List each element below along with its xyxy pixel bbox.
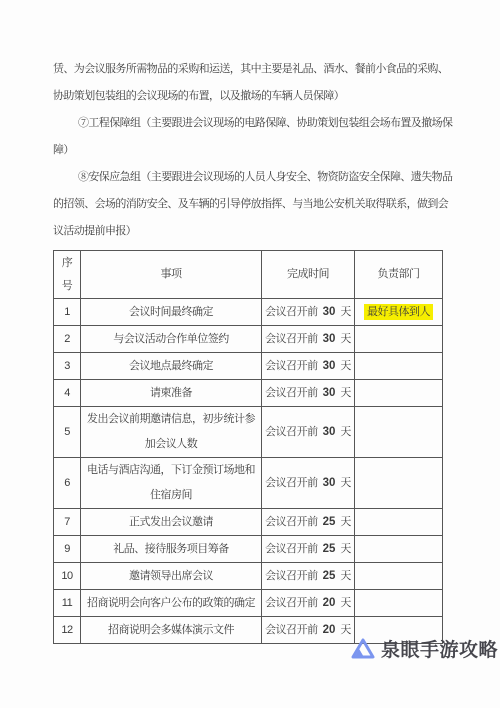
table-row: 1 会议时间最终确定 会议召开前30天 最好具体到人	[54, 299, 443, 326]
cell-item: 发出会议前期邀请信息，初步统计参加会议人数	[81, 407, 262, 458]
table-row: 10 邀请领导出席会议 会议召开前25天	[54, 563, 443, 590]
intro-line: 的招领、会场的消防安全、及车辆的引导停放指挥、与当地公安机关取得联系，做到会	[53, 191, 447, 218]
time-days: 20	[323, 624, 336, 636]
cell-time: 会议召开前20天	[262, 617, 355, 644]
dept-note: 最好具体到人	[364, 304, 433, 320]
cell-time: 会议召开前30天	[262, 407, 355, 458]
cell-dept	[355, 509, 443, 536]
time-days: 30	[323, 477, 336, 489]
header-dept: 负责部门	[355, 251, 443, 299]
time-days: 30	[323, 306, 336, 318]
cell-row-number: 5	[54, 407, 81, 458]
table-row: 7 正式发出会议邀请 会议召开前25天	[54, 509, 443, 536]
time-days: 30	[323, 387, 336, 399]
intro-line: 赁、为会议服务所需物品的采购和运送，其中主要是礼品、酒水、餐前小食品的采购、	[53, 56, 447, 83]
time-days: 30	[323, 360, 336, 372]
time-prefix: 会议召开前	[265, 306, 318, 318]
document-page: 赁、为会议服务所需物品的采购和运送，其中主要是礼品、酒水、餐前小食品的采购、 协…	[53, 56, 447, 644]
cell-dept: 最好具体到人	[355, 299, 443, 326]
cell-dept	[355, 326, 443, 353]
cell-row-number: 9	[54, 536, 81, 563]
intro-line: 议活动提前申报）	[53, 218, 447, 245]
time-unit: 天	[340, 477, 351, 489]
cell-dept	[355, 458, 443, 509]
meeting-schedule-table: 序号 事项 完成时间 负责部门 1 会议时间最终确定 会议召开前30天 最好具体…	[53, 250, 443, 644]
table-row: 4 请柬准备 会议召开前30天	[54, 380, 443, 407]
cell-time: 会议召开前30天	[262, 299, 355, 326]
cell-item: 招商说明会向客户公布的政策的确定	[81, 590, 262, 617]
time-unit: 天	[340, 306, 351, 318]
cell-item: 与会议活动合作单位签约	[81, 326, 262, 353]
time-prefix: 会议召开前	[265, 387, 318, 399]
cell-item: 请柬准备	[81, 380, 262, 407]
cell-time: 会议召开前25天	[262, 563, 355, 590]
time-unit: 天	[340, 333, 351, 345]
intro-line: 障）	[53, 137, 447, 164]
time-prefix: 会议召开前	[265, 543, 318, 555]
time-prefix: 会议召开前	[265, 570, 318, 582]
cell-dept	[355, 353, 443, 380]
cell-item: 电话与酒店沟通，下订金预订场地和住宿房间	[81, 458, 262, 509]
table-row: 9 礼品、接待服务项目筹备 会议召开前25天	[54, 536, 443, 563]
cell-row-number: 7	[54, 509, 81, 536]
time-days: 30	[323, 333, 336, 345]
cell-item: 招商说明会多媒体演示文件	[81, 617, 262, 644]
intro-paragraphs: 赁、为会议服务所需物品的采购和运送，其中主要是礼品、酒水、餐前小食品的采购、 协…	[53, 56, 447, 245]
cell-time: 会议召开前30天	[262, 326, 355, 353]
table-row: 3 会议地点最终确定 会议召开前30天	[54, 353, 443, 380]
cell-item: 会议时间最终确定	[81, 299, 262, 326]
time-prefix: 会议召开前	[265, 597, 318, 609]
time-days: 20	[323, 597, 336, 609]
cell-time: 会议召开前20天	[262, 590, 355, 617]
cell-item: 礼品、接待服务项目筹备	[81, 536, 262, 563]
table-row: 6 电话与酒店沟通，下订金预订场地和住宿房间 会议召开前30天	[54, 458, 443, 509]
time-unit: 天	[340, 516, 351, 528]
time-prefix: 会议召开前	[265, 477, 318, 489]
cell-item: 邀请领导出席会议	[81, 563, 262, 590]
cell-dept	[355, 380, 443, 407]
cell-row-number: 2	[54, 326, 81, 353]
table-row: 2 与会议活动合作单位签约 会议召开前30天	[54, 326, 443, 353]
time-unit: 天	[340, 597, 351, 609]
header-number: 序号	[54, 251, 81, 299]
cell-time: 会议召开前30天	[262, 353, 355, 380]
cell-row-number: 3	[54, 353, 81, 380]
time-days: 25	[323, 543, 336, 555]
time-unit: 天	[340, 360, 351, 372]
time-prefix: 会议召开前	[265, 624, 318, 636]
time-days: 30	[323, 426, 336, 438]
watermark: 泉眼手游攻略	[351, 635, 498, 662]
table-row: 11 招商说明会向客户公布的政策的确定 会议召开前20天	[54, 590, 443, 617]
time-days: 25	[323, 516, 336, 528]
table-row: 5 发出会议前期邀请信息，初步统计参加会议人数 会议召开前30天	[54, 407, 443, 458]
time-prefix: 会议召开前	[265, 516, 318, 528]
cell-dept	[355, 563, 443, 590]
cell-row-number: 1	[54, 299, 81, 326]
cell-time: 会议召开前25天	[262, 509, 355, 536]
watermark-text: 泉眼手游攻略	[381, 635, 498, 662]
cell-row-number: 11	[54, 590, 81, 617]
time-unit: 天	[340, 387, 351, 399]
cell-dept	[355, 590, 443, 617]
time-days: 25	[323, 570, 336, 582]
time-prefix: 会议召开前	[265, 360, 318, 372]
triangle-logo-icon	[351, 637, 375, 660]
time-prefix: 会议召开前	[265, 426, 318, 438]
cell-row-number: 6	[54, 458, 81, 509]
cell-time: 会议召开前30天	[262, 458, 355, 509]
table-body: 1 会议时间最终确定 会议召开前30天 最好具体到人 2 与会议活动合作单位签约…	[54, 299, 443, 644]
time-unit: 天	[340, 570, 351, 582]
cell-time: 会议召开前30天	[262, 380, 355, 407]
cell-row-number: 12	[54, 617, 81, 644]
time-unit: 天	[340, 543, 351, 555]
intro-line: 协助策划包装组的会议现场的布置，以及撤场的车辆人员保障）	[53, 83, 447, 110]
cell-dept	[355, 407, 443, 458]
cell-time: 会议召开前25天	[262, 536, 355, 563]
header-time: 完成时间	[262, 251, 355, 299]
cell-row-number: 10	[54, 563, 81, 590]
cell-item: 正式发出会议邀请	[81, 509, 262, 536]
intro-line: ⑧安保应急组（主要跟进会议现场的人员人身安全、物资防盗安全保障、遗失物品	[53, 164, 447, 191]
intro-line: ⑦工程保障组（主要跟进会议现场的电路保障、协助策划包装组会场布置及撤场保	[53, 110, 447, 137]
time-prefix: 会议召开前	[265, 333, 318, 345]
header-item: 事项	[81, 251, 262, 299]
cell-item: 会议地点最终确定	[81, 353, 262, 380]
cell-row-number: 4	[54, 380, 81, 407]
table-header: 序号 事项 完成时间 负责部门	[54, 251, 443, 299]
time-unit: 天	[340, 624, 351, 636]
time-unit: 天	[340, 426, 351, 438]
cell-dept	[355, 536, 443, 563]
